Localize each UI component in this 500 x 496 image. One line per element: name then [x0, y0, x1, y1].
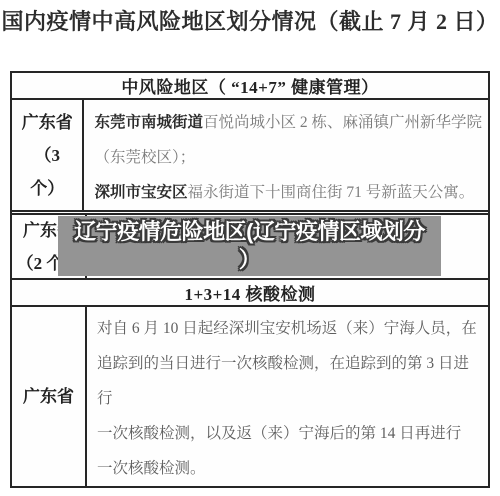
- location-detail-text: 福永街道下十围商住街 71 号新蓝天公寓。: [187, 184, 474, 201]
- province-cell-guangdong-3: 广东省（3 个）: [12, 100, 84, 210]
- policy-detail-cell: 对自 6 月 10 日起经深圳宝安机场返（来）宁海人员，在 追踪到的当日进行一次…: [87, 307, 488, 486]
- watermark-text-line1: 辽宁疫情危险地区(辽宁疫情区域划分: [74, 217, 425, 247]
- table-row-guangdong-policy: 广东省 对自 6 月 10 日起经深圳宝安机场返（来）宁海人员，在 追踪到的当日…: [12, 307, 488, 486]
- document-title: 国内疫情中高风险地区划分情况（截止 7 月 2 日）: [0, 5, 500, 36]
- risk-area-table: 中风险地区（ “14+7” 健康管理） 广东省（3 个） 东莞市南城街道百悦尚城…: [10, 71, 490, 488]
- section-header-medium-risk-label: 中风险地区（ “14+7” 健康管理）: [121, 73, 378, 98]
- article-image-root: 国内疫情中高风险地区划分情况（截止 7 月 2 日） 中风险地区（ “14+7”…: [0, 0, 500, 496]
- area-line-shenzhen: 深圳市宝安区福永街道下十围商住街 71 号新蓝天公寓。: [94, 175, 482, 210]
- section-header-nucleic-test: 1+3+14 核酸检测: [12, 280, 488, 307]
- location-name-bold: 深圳市宝安区: [94, 184, 187, 201]
- section-header-medium-risk: 中风险地区（ “14+7” 健康管理）: [12, 73, 488, 100]
- section-header-nucleic-test-label: 1+3+14 核酸检测: [184, 280, 315, 305]
- area-line-dongguan: 东莞市南城街道百悦尚城小区 2 栋、麻涌镇广州新华学院: [94, 105, 482, 140]
- location-detail-text: （东莞校区）；: [94, 149, 195, 166]
- watermark-text-line2: ）: [239, 247, 261, 273]
- province-cell-guangdong: 广东省: [12, 307, 87, 486]
- location-detail-text: 百悦尚城小区 2 栋、麻涌镇广州新华学院: [203, 114, 482, 131]
- location-name-bold: 东莞市南城街道: [94, 114, 203, 131]
- area-line-campus: （东莞校区）；: [94, 140, 482, 175]
- area-detail-cell: 东莞市南城街道百悦尚城小区 2 栋、麻涌镇广州新华学院 （东莞校区）； 深圳市宝…: [84, 100, 488, 210]
- table-row-guangdong-3: 广东省（3 个） 东莞市南城街道百悦尚城小区 2 栋、麻涌镇广州新华学院 （东莞…: [12, 100, 488, 212]
- watermark-overlay: 辽宁疫情危险地区(辽宁疫情区域划分 ）: [58, 216, 441, 276]
